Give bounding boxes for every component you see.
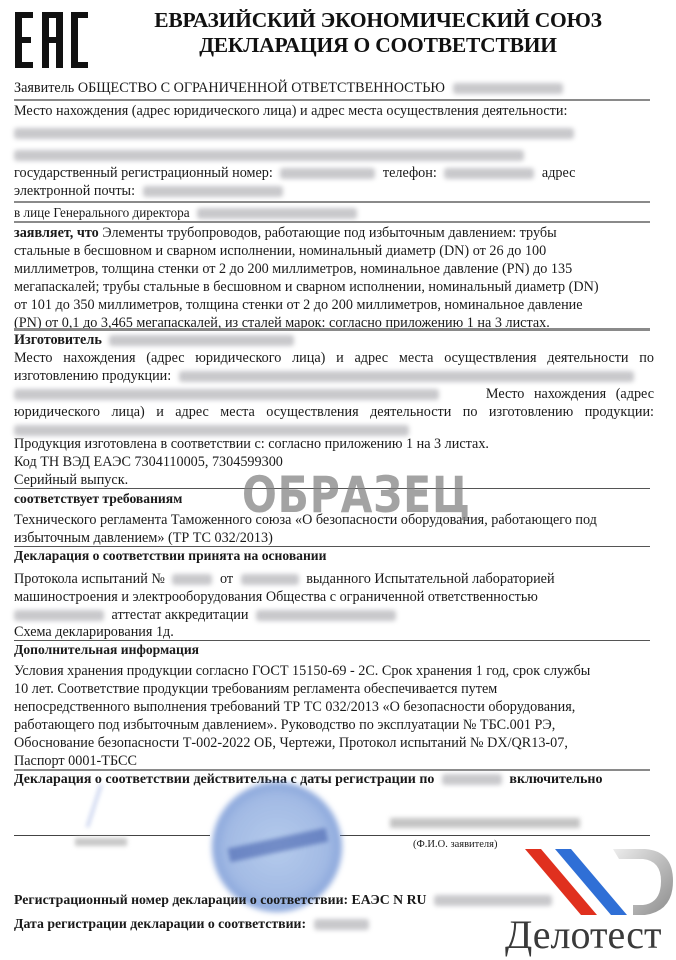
redacted-address-2: [14, 146, 524, 164]
redacted-accreditation-number: [256, 610, 396, 621]
additional-line: Паспорт 0001-ТБСС: [14, 752, 590, 770]
title-declaration: ДЕКЛАРАЦИЯ О СООТВЕТСТВИИ: [100, 33, 656, 58]
eac-logo: [15, 12, 89, 68]
director-label: в лице Генерального директора: [14, 205, 190, 220]
registration-number-row: Регистрационный номер декларации о соотв…: [14, 891, 556, 909]
declares-block: заявляет, что Элементы трубопроводов, ра…: [14, 224, 654, 332]
redacted-manufacturer-name: [109, 335, 294, 346]
fio-caption: (Ф.И.О. заявителя): [413, 839, 498, 850]
basis-heading: Декларация о соответствии принята на осн…: [14, 547, 326, 565]
redacted-manufacturer-address-2: [14, 389, 439, 400]
additional-heading: Дополнительная информация: [14, 641, 199, 659]
phone-label: телефон:: [383, 165, 437, 181]
manufacturer-location-label-4: юридического лица) и адрес места осущест…: [14, 403, 654, 421]
lab-name-line: машиностроения и электрооборудования Общ…: [14, 588, 538, 606]
redacted-protocol-number: [172, 574, 212, 585]
declares-line: мегапаскалей; трубы стальные в бесшовном…: [14, 278, 654, 296]
fio-line: [340, 835, 650, 836]
manufacturer-label: Изготовитель: [14, 332, 102, 348]
redacted-registration-date: [314, 919, 369, 930]
additional-line: Условия хранения продукции согласно ГОСТ…: [14, 662, 590, 680]
ogrn-label: государственный регистрационный номер:: [14, 165, 273, 181]
declares-line: миллиметров, толщина стенки от 2 до 200 …: [14, 260, 654, 278]
document-title: ЕВРАЗИЙСКИЙ ЭКОНОМИЧЕСКИЙ СОЮЗ ДЕКЛАРАЦИ…: [100, 8, 656, 58]
email-row: электронной почты:: [14, 182, 287, 200]
manufacturer-location-label: Место нахождения (адрес юридического лиц…: [14, 349, 654, 367]
manufacturer-location-row-2: Место нахождения (адрес: [14, 385, 654, 403]
redacted-director-name: [197, 208, 357, 219]
additional-info: Условия хранения продукции согласно ГОСТ…: [14, 662, 590, 770]
redacted-signature-caption: [75, 838, 127, 846]
divider: [14, 221, 650, 223]
declares-line: Элементы трубопроводов, работающие под и…: [102, 225, 556, 241]
manufacturer-row: Изготовитель: [14, 331, 298, 349]
applicant-name: ОБЩЕСТВО С ОГРАНИЧЕННОЙ ОТВЕТСТВЕННОСТЬЮ: [78, 80, 445, 96]
redacted-phone: [444, 168, 534, 179]
accreditation-label: аттестат аккредитации: [112, 607, 249, 623]
director-row: в лице Генерального директора: [14, 204, 361, 222]
brand-name: Делотест: [505, 913, 661, 957]
validity-inclusive: включительно: [509, 772, 602, 787]
email-label-2: электронной почты:: [14, 183, 135, 199]
registration-date-row: Дата регистрации декларации о соответств…: [14, 915, 373, 933]
redacted-applicant-fio: [390, 818, 580, 828]
redacted-ogrn: [280, 168, 375, 179]
redacted-address-1: [14, 124, 574, 142]
email-label-1: адрес: [542, 165, 576, 181]
redacted-valid-until-date: [442, 774, 502, 785]
signature-line: [14, 835, 210, 836]
additional-line: непосредственного выполнения требований …: [14, 698, 590, 716]
serial-release: Серийный выпуск.: [14, 471, 128, 489]
applicant-row: Заявитель ОБЩЕСТВО С ОГРАНИЧЕННОЙ ОТВЕТС…: [14, 79, 567, 97]
signature-mark: [86, 784, 131, 837]
registration-number-label: Регистрационный номер декларации о соотв…: [14, 892, 427, 907]
redacted-lab-name: [14, 610, 104, 621]
redacted-protocol-date: [241, 574, 299, 585]
protocol-row: Протокола испытаний № от выданного Испыт…: [14, 570, 555, 588]
declares-lead: заявляет, что: [14, 225, 99, 241]
protocol-label: Протокола испытаний №: [14, 571, 165, 587]
requirements-heading: соответствует требованиям: [14, 490, 182, 508]
registration-date-label: Дата регистрации декларации о соответств…: [14, 916, 306, 931]
applicant-label: Заявитель: [14, 80, 74, 96]
applicant-location-label: Место нахождения (адрес юридического лиц…: [14, 102, 567, 120]
additional-line: 10 лет. Соответствие продукции требовани…: [14, 680, 590, 698]
divider: [14, 99, 650, 101]
declaration-scheme: Схема декларирования 1д.: [14, 623, 174, 641]
redacted-email: [143, 186, 283, 197]
redacted-company-name: [453, 83, 563, 94]
divider: [14, 201, 650, 203]
redacted-manufacturer-address: [179, 371, 634, 382]
title-union: ЕВРАЗИЙСКИЙ ЭКОНОМИЧЕСКИЙ СОЮЗ: [100, 8, 656, 33]
manufacturer-location-label-3: Место нахождения (адрес: [486, 385, 654, 403]
from-label: от: [220, 571, 233, 587]
produced-by-standard: Продукция изготовлена в соответствии с: …: [14, 435, 489, 453]
declares-line: стальные в бесшовном и сварном исполнени…: [14, 242, 654, 260]
accreditation-row: аттестат аккредитации: [14, 606, 400, 624]
additional-line: работающего под избыточным давлением». Р…: [14, 716, 590, 734]
requirements-line: избыточным давлением» (ТР ТС 032/2013): [14, 529, 273, 547]
issued-label: выданного Испытательной лабораторией: [306, 571, 554, 587]
applicant-contacts-row: государственный регистрационный номер: т…: [14, 164, 575, 182]
manufacturer-location-label-2: изготовлению продукции:: [14, 368, 171, 384]
validity-text: Декларация о соответствии действительна …: [14, 772, 434, 787]
manufacturer-location-row: изготовлению продукции:: [14, 367, 638, 385]
declares-line: от 101 до 350 миллиметров, толщина стенк…: [14, 296, 654, 314]
sample-watermark: ОБРАЗЕЦ: [242, 470, 471, 520]
additional-line: Обоснование безопасности Т-002-2022 ОБ, …: [14, 734, 590, 752]
